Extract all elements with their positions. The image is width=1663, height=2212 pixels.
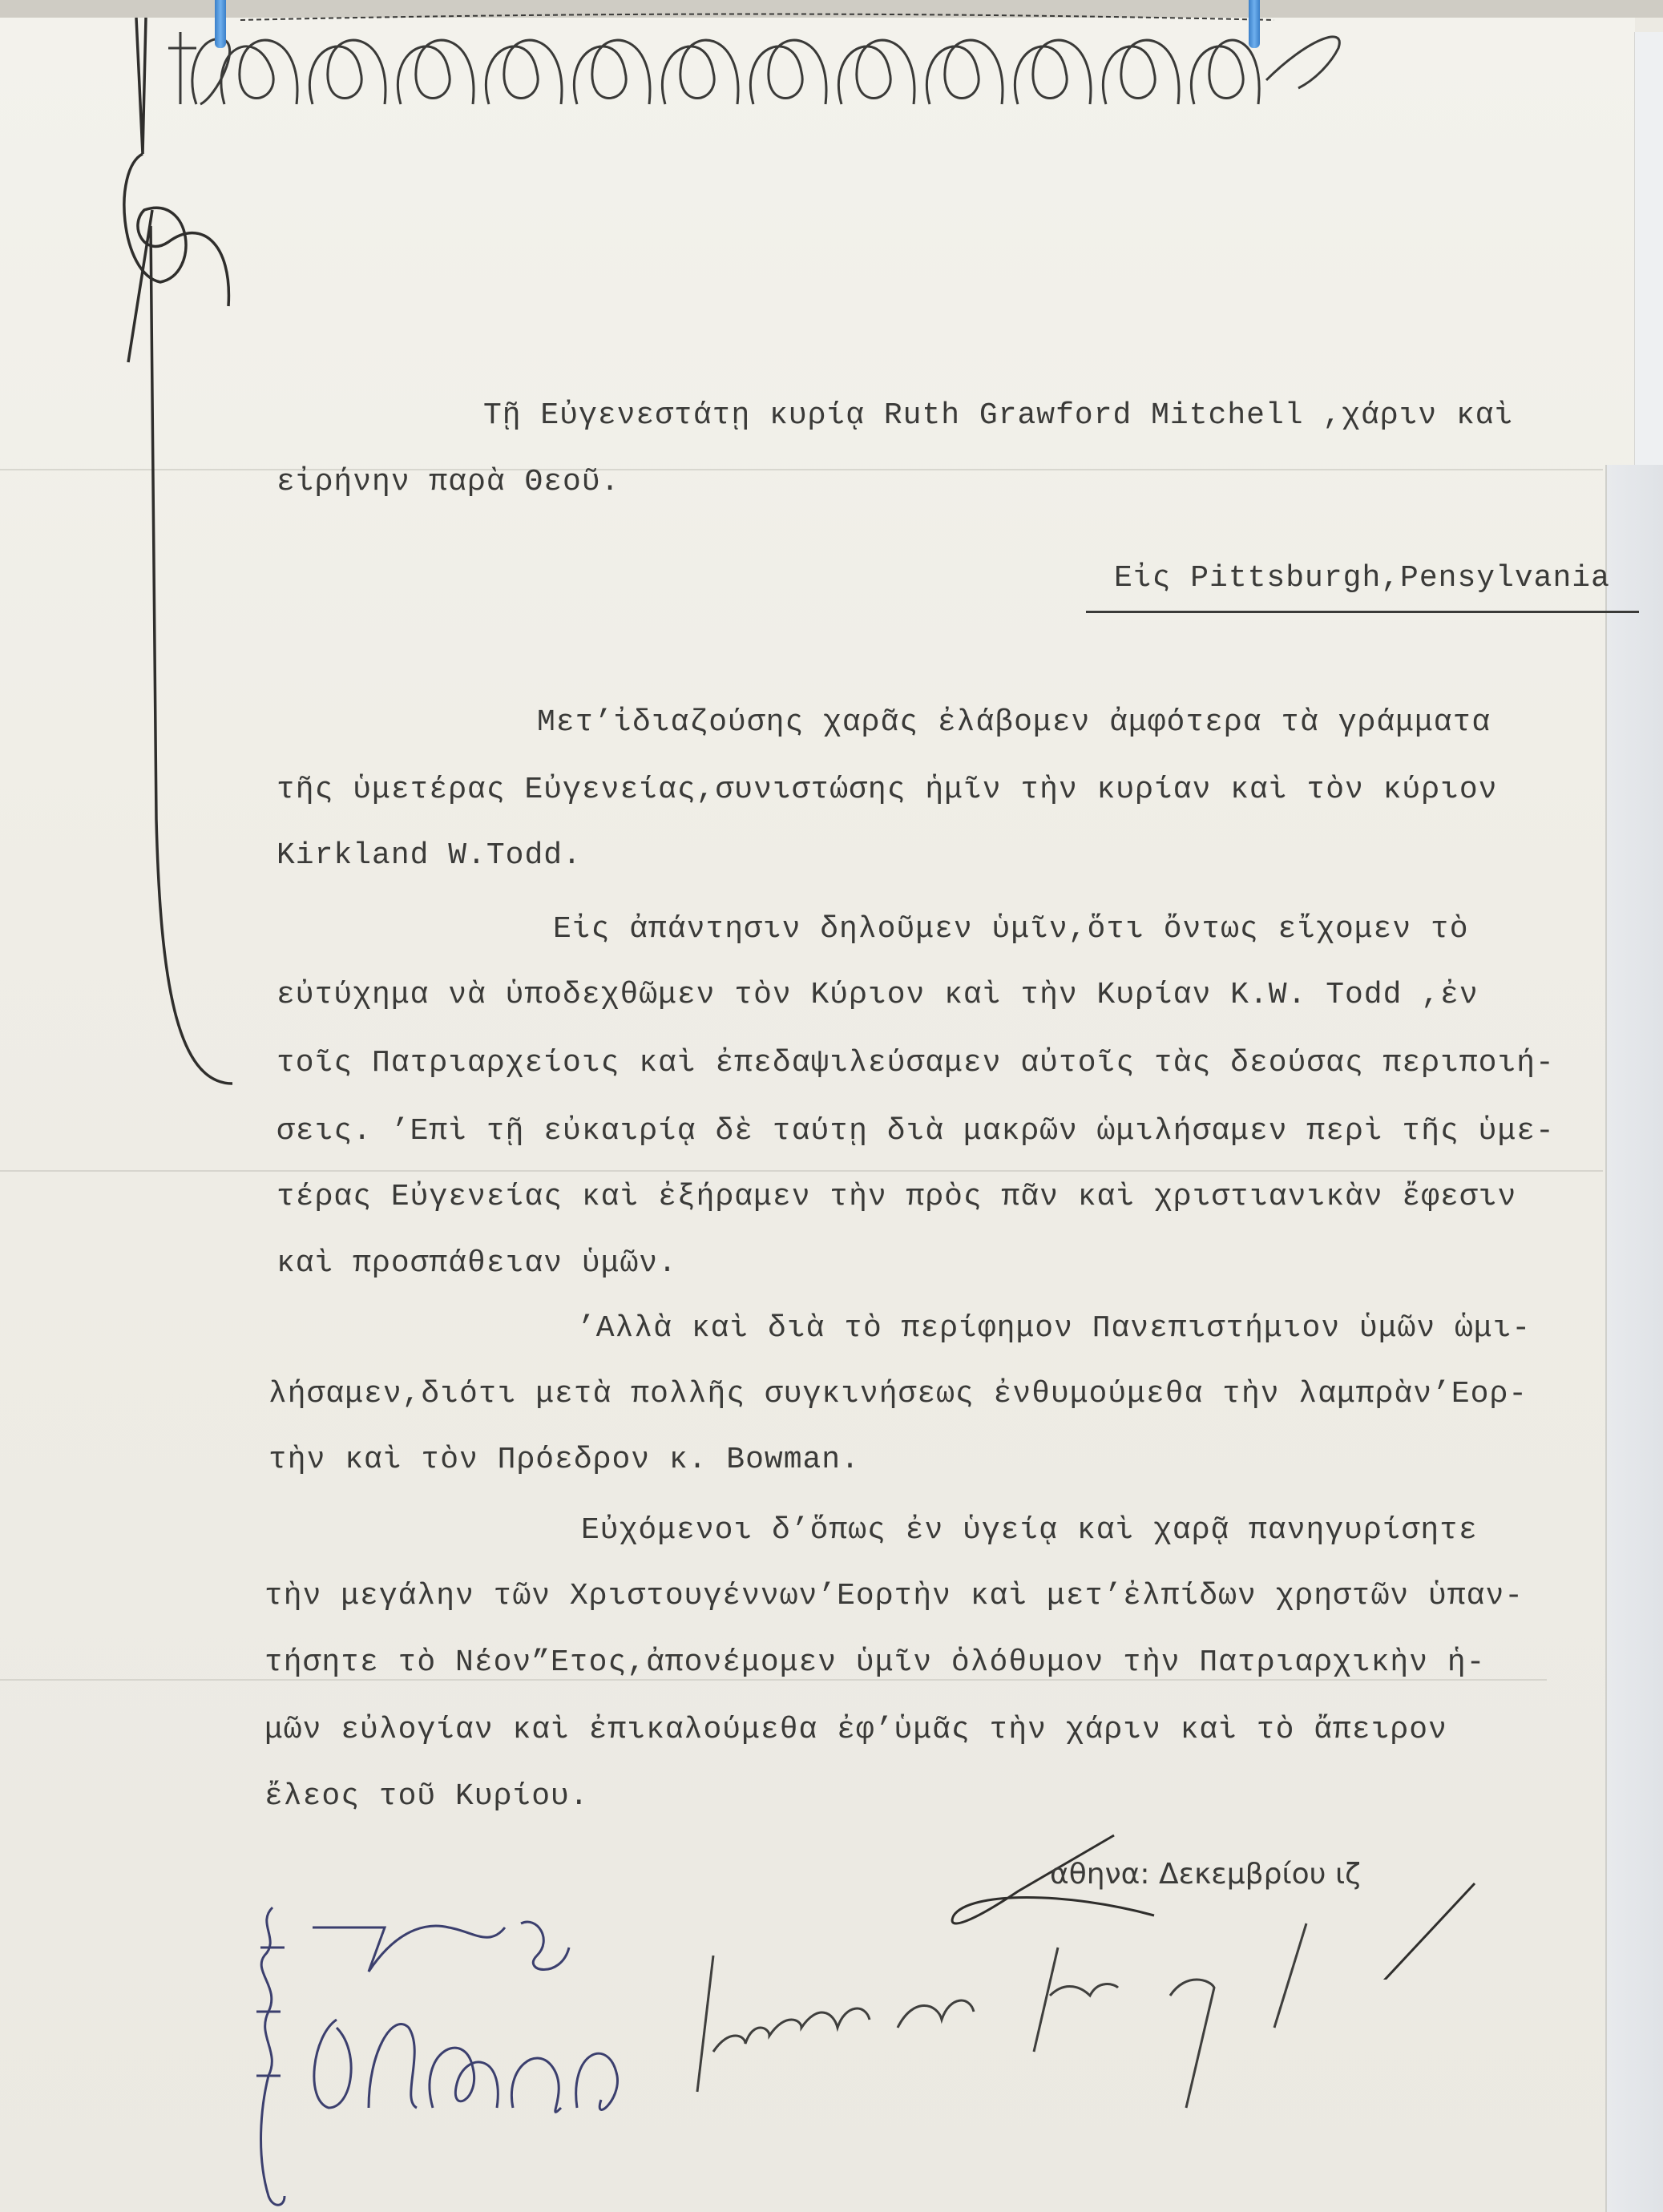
body-line: σεις. ’Επὶ τῇ εὐκαιρίᾳ δὲ ταύτῃ διὰ μακρ… (276, 1114, 1555, 1148)
handwritten-signature-icon (681, 1907, 1403, 2116)
salutation-line-2: εἰρήνην παρὰ Θεοῦ. (276, 465, 620, 499)
paper-fold (0, 1170, 1603, 1172)
calligraphic-letterhead-icon (120, 0, 1387, 112)
body-line: καὶ προσπάθειαν ὑμῶν. (276, 1246, 677, 1281)
place-and-date: αθηνα: Δεκεμβρίου ιζ (1050, 1858, 1361, 1891)
address-underline (1086, 611, 1639, 613)
body-line: τὴν καὶ τὸν Πρόεδρον κ. Bowman. (268, 1443, 860, 1477)
decorative-flourish-icon (96, 18, 256, 1108)
body-line: ἔλεος τοῦ Κυρίου. (264, 1779, 589, 1814)
body-line: Μετ’ἰδιαζούσης χαρᾶς ἐλάβομεν ἀμφότερα τ… (537, 705, 1491, 740)
body-line: εὐτύχημα νὰ ὑποδεχθῶμεν τὸν Κύριον καὶ τ… (276, 978, 1479, 1012)
body-line: λήσαμεν,διότι μετὰ πολλῆς συγκινήσεως ἐν… (268, 1377, 1528, 1411)
body-line: Εὐχόμενοι δ’ὅπως ἐν ὑγείᾳ καὶ χαρᾷ πανηγ… (581, 1513, 1478, 1548)
calligraphic-monogram-stamp-icon (248, 1891, 665, 2212)
destination-address: Εἰς Pittsburgh,Pensylvania (1114, 561, 1610, 595)
body-line: τὴν μεγάλην τῶν Χριστουγέννων’Εορτὴν καὶ… (264, 1579, 1524, 1613)
binding-ribbon (1249, 0, 1260, 48)
salutation-line-1: Τῇ Εὐγενεστάτῃ κυρίᾳ Ruth Grawford Mitch… (483, 398, 1513, 433)
body-line: τοῖς Πατριαρχείοις καὶ ἐπεδαψιλεύσαμεν α… (276, 1046, 1555, 1080)
body-line: τέρας Εὐγενείας καὶ ἐξήραμεν τὴν πρὸς πᾶ… (276, 1180, 1516, 1214)
body-line: Εἰς ἀπάντησιν δηλοῦμεν ὑμῖν,ὅτι ὄντως εἴ… (553, 912, 1469, 947)
body-line: ’Αλλὰ καὶ διὰ τὸ περίφημον Πανεπιστήμιον… (577, 1311, 1531, 1346)
body-line: τῆς ὑμετέρας Εὐγενείας,συνιστώσης ἡμῖν τ… (276, 773, 1497, 807)
body-line: μῶν εὐλογίαν καὶ ἐπικαλούμεθα ἐφ’ὑμᾶς τὴ… (264, 1713, 1447, 1747)
underlying-sheet-lower (1605, 465, 1663, 2212)
body-line: Kirkland W.Todd. (276, 838, 582, 873)
body-line: τήσητε τὸ Νέον”Ετος,ἀπονέμομεν ὑμῖν ὁλόθ… (264, 1645, 1485, 1680)
